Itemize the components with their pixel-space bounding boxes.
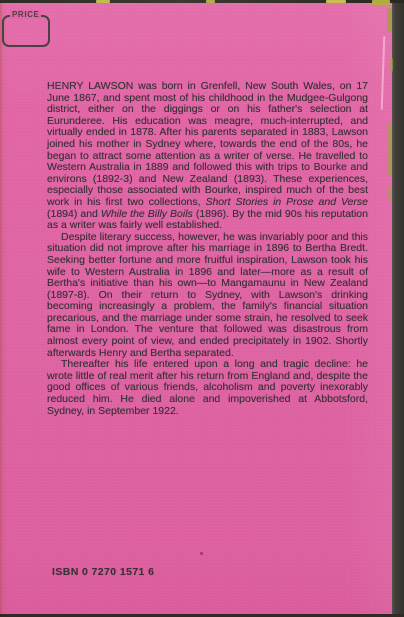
cover-left-edge (0, 0, 2, 617)
book-back-cover: PRICE HENRY LAWSON was born in Grenfell,… (0, 0, 404, 617)
blurb-segment: Despite literary success, however, he wa… (47, 231, 368, 359)
spine-wear-mark (387, 8, 392, 32)
blurb-segment: Thereafter his life entered upon a long … (47, 358, 368, 416)
blurb-paragraph-2: Despite literary success, however, he wa… (47, 232, 368, 360)
blurb-paragraph-1: HENRY LAWSON was born in Grenfell, New S… (47, 81, 368, 232)
blurb-segment: (1894) and (47, 208, 101, 220)
spine-wear-mark (389, 58, 393, 72)
book-title-italic: Short Stories in Prose and Verse (205, 196, 368, 208)
book-title-italic: While the Billy Boils (101, 208, 193, 220)
author-biography-text: HENRY LAWSON was born in Grenfell, New S… (47, 81, 368, 417)
top-edge-wear-mark (96, 0, 110, 3)
price-box: PRICE (2, 15, 50, 47)
spine-wear-mark (387, 124, 392, 176)
blurb-paragraph-3: Thereafter his life entered upon a long … (47, 359, 368, 417)
cover-fleck (200, 552, 203, 555)
spine-wear-mark (388, 186, 392, 202)
blurb-segment: HENRY LAWSON was born in Grenfell, New S… (47, 80, 368, 208)
book-spine-edge (392, 0, 404, 617)
top-edge-wear-mark (326, 0, 346, 3)
cover-scratch-mark (381, 36, 386, 110)
price-label: PRICE (10, 10, 41, 19)
isbn-text: ISBN 0 7270 1571 6 (52, 566, 154, 578)
top-edge-wear-mark (206, 0, 215, 3)
corner-wear-mark (372, 0, 390, 5)
